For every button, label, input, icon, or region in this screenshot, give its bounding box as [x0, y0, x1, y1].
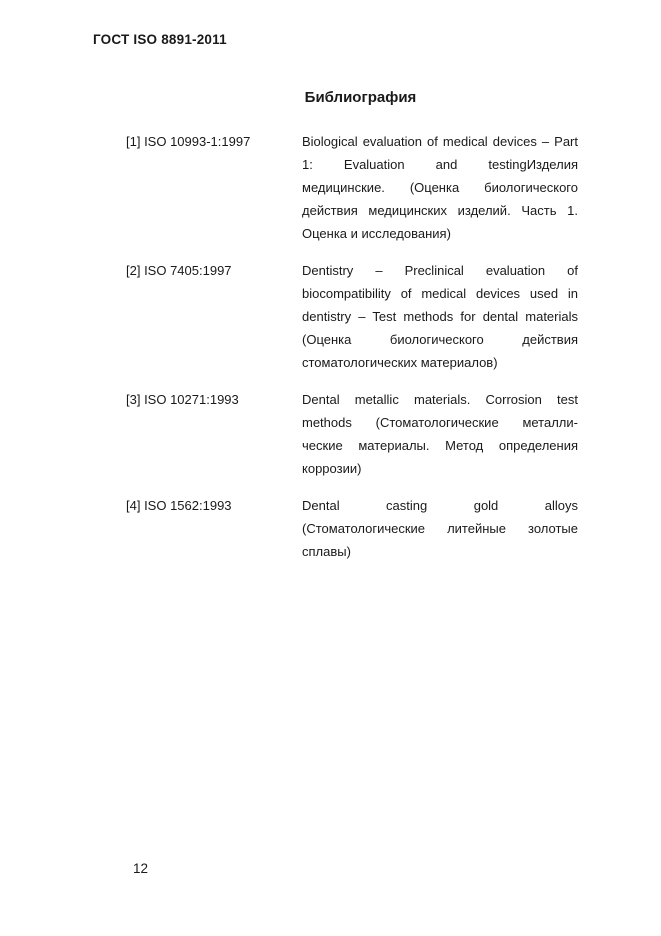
reference-label: [4] ISO 1562:1993 [126, 494, 302, 517]
bibliography-entry: [2] ISO 7405:1997Dentistry – Preclinical… [126, 259, 578, 374]
reference-label: [1] ISO 10993-1:1997 [126, 130, 302, 153]
reference-text-line: (Оценка биологического действия [302, 328, 578, 351]
reference-label: [3] ISO 10271:1993 [126, 388, 302, 411]
bibliography-entry: [3] ISO 10271:1993Dental metallic materi… [126, 388, 578, 480]
reference-text: Dental metallic materials. Corrosion tes… [302, 388, 578, 480]
document-number: ГОСТ ISO 8891-2011 [93, 32, 227, 47]
reference-text: Biological evaluation of medical devices… [302, 130, 578, 245]
reference-text-line: стоматологических материалов) [302, 351, 578, 374]
reference-text-line: methods (Стоматологические металли- [302, 411, 578, 434]
reference-text-line: Dentistry – Preclinical evaluation of [302, 259, 578, 282]
reference-text-line: коррозии) [302, 457, 578, 480]
bibliography-title: Библиография [60, 89, 661, 106]
reference-text-line: Dental metallic materials. Corrosion tes… [302, 388, 578, 411]
reference-text-line: сплавы) [302, 540, 578, 563]
reference-text-line: dentistry – Test methods for dental mate… [302, 305, 578, 328]
bibliography-entry: [4] ISO 1562:1993Dental casting gold all… [126, 494, 578, 563]
reference-text-line: Оценка и исследования) [302, 222, 578, 245]
reference-text-line: biocompatibility of medical devices used… [302, 282, 578, 305]
reference-text-line: ческие материалы. Метод определения [302, 434, 578, 457]
document-page: ГОСТ ISO 8891-2011 Библиография [1] ISO … [0, 0, 661, 936]
reference-text-line: действия медицинских изделий. Часть 1. [302, 199, 578, 222]
reference-text-line: Dental casting gold alloys [302, 494, 578, 517]
bibliography-list: [1] ISO 10993-1:1997Biological evaluatio… [126, 130, 578, 577]
reference-text-line: 1: Evaluation and testingИзделия [302, 153, 578, 176]
reference-text: Dental casting gold alloys(Стоматологиче… [302, 494, 578, 563]
reference-text-line: (Стоматологические литейные золотые [302, 517, 578, 540]
reference-text-line: Biological evaluation of medical devices… [302, 130, 578, 153]
page-number: 12 [133, 861, 148, 876]
bibliography-entry: [1] ISO 10993-1:1997Biological evaluatio… [126, 130, 578, 245]
reference-text-line: медицинские. (Оценка биологического [302, 176, 578, 199]
reference-text: Dentistry – Preclinical evaluation ofbio… [302, 259, 578, 374]
reference-label: [2] ISO 7405:1997 [126, 259, 302, 282]
